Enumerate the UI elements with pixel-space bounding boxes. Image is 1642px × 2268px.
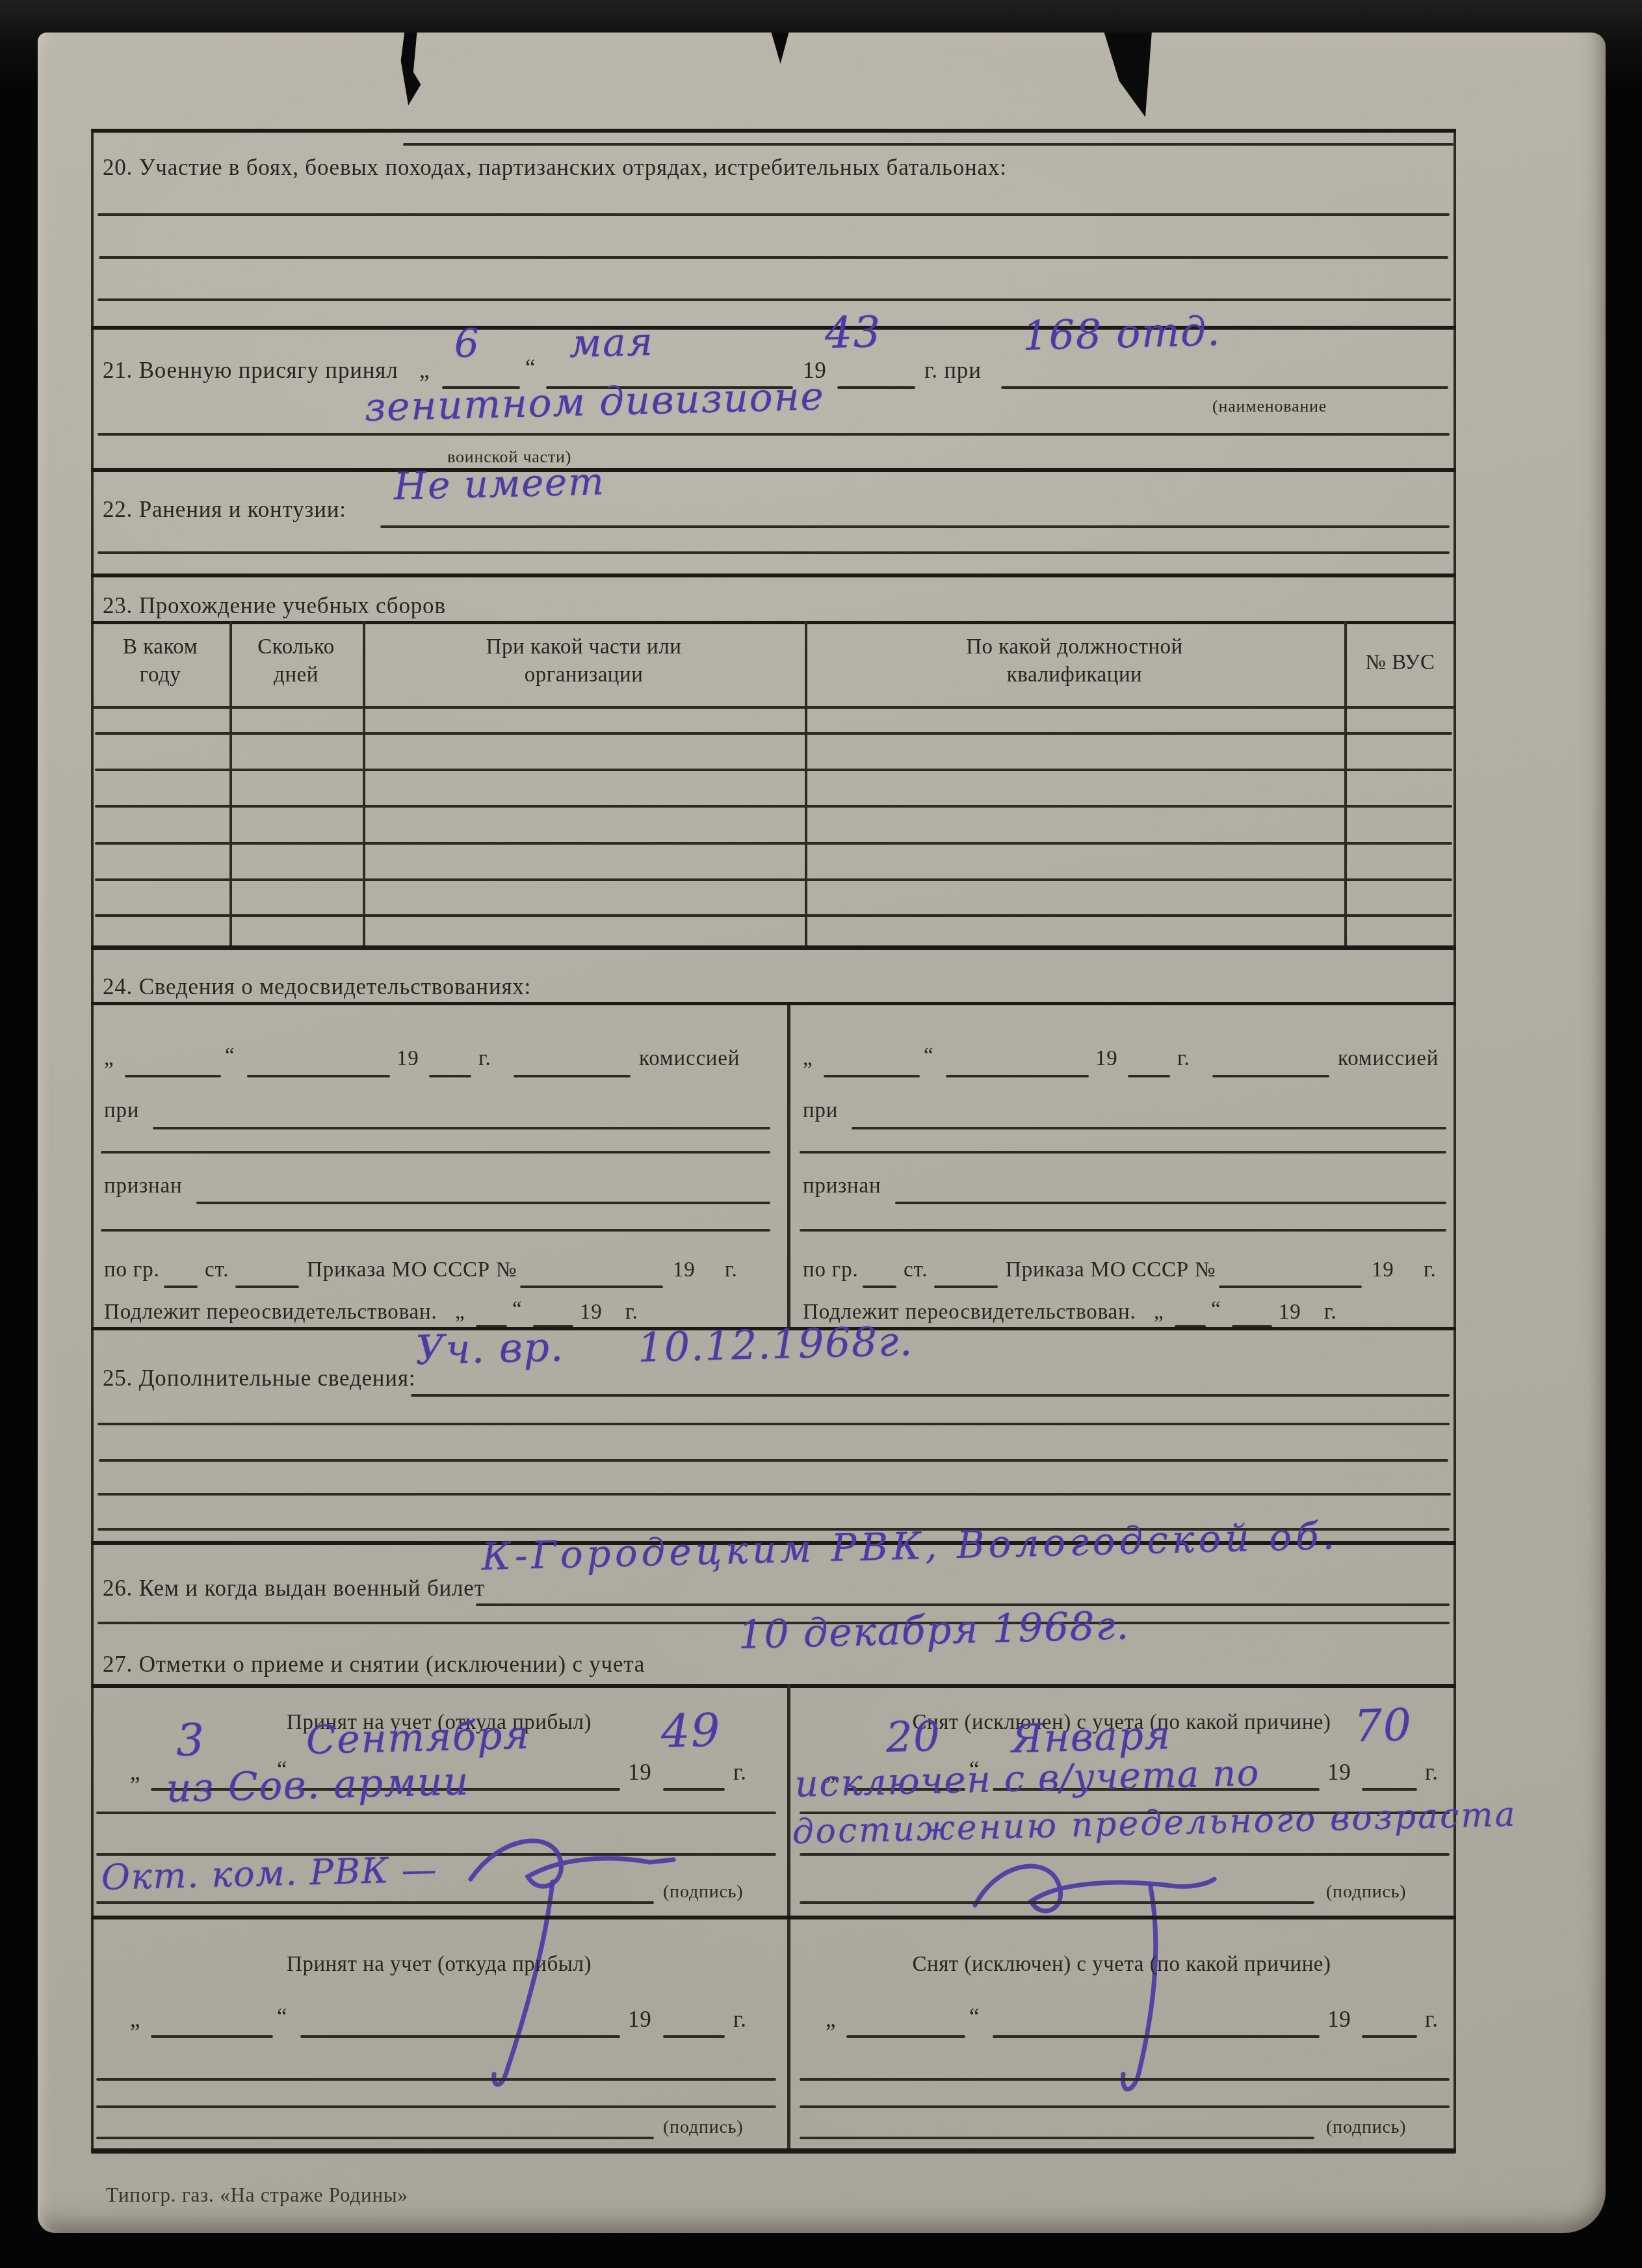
ruled-line <box>98 1423 1450 1425</box>
signature-scribble-right <box>956 1845 1320 2125</box>
handwriting-oath-year: 43 <box>824 307 882 358</box>
recognized-label: признан <box>803 1174 881 1198</box>
table-row-line <box>95 732 1452 735</box>
section-separator <box>91 326 1456 330</box>
underline-segment <box>153 1127 770 1129</box>
handwriting-oath-unit-1: 168 отд. <box>1022 308 1221 360</box>
year-g: г. <box>1177 1047 1190 1071</box>
year-prefix: 19 <box>1327 1760 1351 1786</box>
table-row-line <box>95 914 1452 917</box>
col-header-unit: При какой части или организации <box>363 633 805 689</box>
ruled-line <box>98 433 1450 436</box>
underline-segment <box>1212 1075 1329 1077</box>
underline-segment <box>800 2137 1314 2139</box>
section-separator <box>91 468 1456 472</box>
ruled-line <box>96 1812 776 1814</box>
section-23-heading: 23. Прохождение учебных сборов <box>103 593 446 619</box>
underline-segment <box>380 525 1450 528</box>
table-row-line <box>95 878 1452 881</box>
underline-segment <box>800 1901 1314 1904</box>
row-divider <box>91 1916 1456 1919</box>
by-group-label: по гр. <box>104 1258 160 1282</box>
underline-segment <box>663 1788 725 1791</box>
handwriting-accept-month: Сентября <box>306 1713 530 1763</box>
year-prefix: 19 <box>1327 2007 1351 2033</box>
table-row-line <box>95 842 1452 845</box>
section-24-heading: 24. Сведения о медосвидетельствованиях: <box>103 974 531 1000</box>
recognized-label: признан <box>104 1174 182 1198</box>
underline-segment <box>895 1202 1446 1204</box>
underline-segment <box>946 1075 1089 1077</box>
quote-close: “ <box>969 2004 980 2030</box>
year-prefix: 19 <box>673 1258 696 1282</box>
year-g: г. <box>478 1047 491 1071</box>
scanned-page: 20. Участие в боях, боевых походах, парт… <box>0 0 1642 2268</box>
reexam-label: Подлежит переосвидетельствован. <box>104 1300 437 1325</box>
signature-caption: (подпись) <box>663 1882 743 1903</box>
signature-caption: (подпись) <box>1326 1882 1406 1903</box>
col-header-days: Сколько дней <box>229 633 363 689</box>
form-border-left <box>91 129 94 2152</box>
handwriting-issued-by-line-1: К-Городецким РВК, Вологодской об. <box>481 1514 1339 1579</box>
by-group-label: по гр. <box>803 1258 859 1282</box>
ruled-line <box>98 1493 1451 1496</box>
ruled-line <box>101 1151 770 1154</box>
year-suffix: г. при <box>924 358 982 384</box>
col-header-qualification: По какой должностной квалификации <box>805 633 1344 689</box>
article-label: ст. <box>904 1258 928 1282</box>
commission-label: комиссией <box>639 1047 740 1071</box>
commission-label: комиссией <box>1338 1047 1439 1071</box>
underline-segment <box>846 2035 965 2038</box>
signature-caption: (подпись) <box>1326 2117 1406 2138</box>
underline-segment <box>300 2035 620 2038</box>
underline-segment <box>476 1603 1450 1606</box>
handwriting-wounds-entry: Не имеет <box>393 459 605 508</box>
underline-segment <box>235 1286 299 1288</box>
underline-segment <box>247 1075 390 1077</box>
ruled-line <box>800 1151 1446 1154</box>
year-g: г. <box>733 2007 747 2033</box>
table-bottom-border <box>91 945 1456 950</box>
handwriting-remove-reason-1: исключен с в/учета по <box>794 1752 1260 1806</box>
handwriting-accept-origin: из Сов. армии <box>166 1759 470 1812</box>
torn-notch-center <box>771 33 789 64</box>
underline-segment <box>1128 1075 1170 1077</box>
section-20-heading: 20. Участие в боях, боевых походах, парт… <box>103 155 1007 181</box>
ruled-line <box>96 2078 776 2081</box>
underline-segment <box>993 2035 1320 2038</box>
quote-close: “ <box>1211 1298 1221 1322</box>
underline-segment <box>411 1394 1450 1397</box>
underline-segment <box>1219 1286 1362 1288</box>
col-header-year: В каком году <box>91 633 229 689</box>
section-25-heading: 25. Дополнительные сведения: <box>103 1365 415 1391</box>
handwriting-oath-unit-2: зенитном дивизионе <box>364 374 825 430</box>
handwriting-remove-reason-2: достижению предельного возраста <box>792 1795 1517 1852</box>
section-22-heading: 22. Ранения и контузии: <box>103 497 346 523</box>
underline-segment <box>1001 386 1448 389</box>
ruled-line <box>101 1229 770 1232</box>
underline-segment <box>934 1286 998 1288</box>
section-27-heading: 27. Отметки о приеме и снятии (исключени… <box>103 1652 645 1678</box>
underline-segment <box>96 2137 654 2139</box>
signature-caption: (подпись) <box>663 2117 743 2138</box>
underline-segment <box>824 1075 920 1077</box>
underline-segment <box>514 1075 631 1077</box>
underline-segment <box>663 2035 725 2038</box>
quote-open: „ <box>455 1300 465 1325</box>
remove-header: Снят (исключен) с учета (по какой причин… <box>787 1951 1456 1979</box>
quote-close: “ <box>277 2004 287 2030</box>
table-top-border <box>91 1684 1456 1688</box>
ruled-line <box>800 2078 1450 2081</box>
quote-close: “ <box>525 355 536 381</box>
underline-segment <box>164 1286 198 1288</box>
year-g: г. <box>733 1760 747 1786</box>
at-label: при <box>803 1099 838 1123</box>
med-column-divider <box>787 1005 790 1327</box>
section-21-heading: 21. Военную присягу принял <box>103 358 398 384</box>
section-separator <box>91 1002 1456 1005</box>
year-prefix: 19 <box>397 1047 419 1071</box>
quote-close: “ <box>512 1298 522 1322</box>
quote-open: „ <box>130 1760 140 1786</box>
order-label: Приказа МО СССР № <box>1006 1258 1216 1282</box>
torn-notch-right <box>1097 33 1152 117</box>
accept-header: Принят на учет (откуда прибыл) <box>91 1951 787 1979</box>
table-header-bottom <box>91 706 1456 709</box>
year-g: г. <box>1324 1300 1337 1325</box>
year-prefix: 19 <box>628 1760 652 1786</box>
quote-open: „ <box>826 2007 836 2033</box>
form-border-top <box>91 129 1456 133</box>
year-prefix: 19 <box>628 2007 652 2033</box>
year-g: г. <box>1424 1258 1437 1282</box>
ruled-line <box>800 1229 1446 1232</box>
year-g: г. <box>725 1258 738 1282</box>
handwriting-oath-day: 6 <box>454 321 480 367</box>
year-g: г. <box>625 1300 638 1325</box>
quote-open: „ <box>1154 1300 1164 1325</box>
form-border-bottom <box>91 2148 1456 2154</box>
quote-close: “ <box>225 1044 235 1068</box>
handwriting-remove-year: 70 <box>1353 1700 1413 1752</box>
col-header-vus: № ВУС <box>1344 649 1456 677</box>
underline-segment <box>852 1127 1446 1129</box>
order-label: Приказа МО СССР № <box>307 1258 517 1282</box>
underline-segment <box>1362 1788 1417 1791</box>
underline-segment <box>520 1286 663 1288</box>
section-26-heading: 26. Кем и когда выдан военный билет <box>103 1576 485 1602</box>
ruled-line <box>98 298 1451 301</box>
top-secondary-line <box>403 143 1453 146</box>
underline-segment <box>96 1901 654 1904</box>
quote-close: “ <box>924 1044 933 1068</box>
underline-segment <box>1362 2035 1417 2038</box>
table-top-border <box>91 621 1456 624</box>
underline-segment <box>125 1075 221 1077</box>
year-prefix: 19 <box>1372 1258 1394 1282</box>
quote-open: „ <box>419 358 430 384</box>
caption-unit-name-1: (наименование <box>1212 397 1327 416</box>
ruled-line <box>98 213 1450 216</box>
table-row-line <box>95 769 1452 771</box>
year-prefix: 19 <box>580 1300 603 1325</box>
article-label: ст. <box>205 1258 229 1282</box>
form-border-right <box>1453 129 1456 2152</box>
handwriting-issued-by-line-2: 10 декабря 1968г. <box>738 1603 1130 1658</box>
underline-segment <box>837 386 915 389</box>
form-area: 20. Участие в боях, боевых походах, парт… <box>91 129 1456 2196</box>
ruled-line <box>99 256 1448 259</box>
year-g: г. <box>1425 2007 1439 2033</box>
year-prefix: 19 <box>1095 1047 1118 1071</box>
paper-sheet: 20. Участие в боях, боевых походах, парт… <box>38 33 1606 2233</box>
underline-segment <box>151 2035 273 2038</box>
quote-open: „ <box>803 1047 813 1071</box>
ruled-line <box>800 2105 1450 2108</box>
quote-open: „ <box>104 1047 114 1071</box>
torn-notch-left <box>395 33 426 105</box>
handwriting-accept-day: 3 <box>176 1715 206 1767</box>
ruled-line <box>99 1459 1448 1462</box>
section-separator <box>91 574 1456 577</box>
year-prefix: 19 <box>1279 1300 1301 1325</box>
at-label: при <box>104 1099 139 1123</box>
underline-segment <box>196 1202 770 1204</box>
handwriting-accept-year: 49 <box>660 1704 722 1758</box>
ruled-line <box>96 2105 776 2108</box>
handwriting-oath-month: мая <box>569 319 654 367</box>
underline-segment <box>863 1286 896 1288</box>
underline-segment <box>429 1075 471 1077</box>
handwriting-additional-date: 10.12.1968г. <box>637 1317 914 1371</box>
handwriting-accept-signer: Окт. ком. РВК — <box>101 1849 438 1898</box>
handwriting-remove-day: 20 <box>885 1713 941 1762</box>
print-shop-imprint: Типогр. газ. «На страже Родины» <box>106 2183 408 2207</box>
handwriting-additional-mark: Уч. вр. <box>415 1323 564 1374</box>
table-row-line <box>95 805 1452 808</box>
ruled-line <box>98 551 1450 554</box>
quote-open: „ <box>130 2007 140 2033</box>
year-g: г. <box>1425 1760 1439 1786</box>
